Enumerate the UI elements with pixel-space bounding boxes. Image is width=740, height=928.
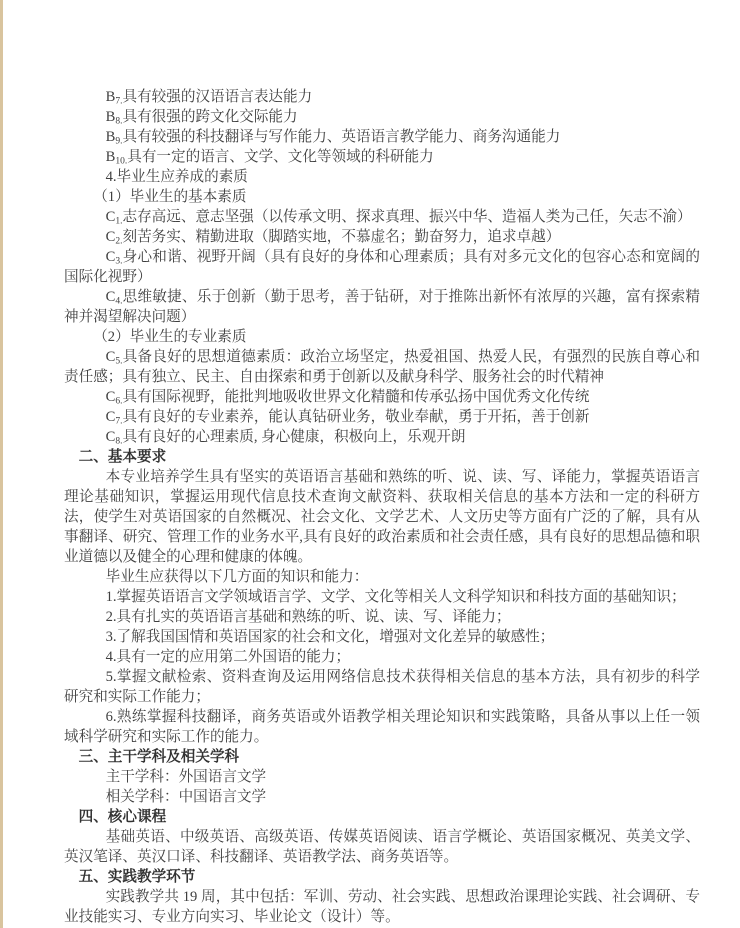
doc-line: 4.具有一定的应用第二外国语的能力； — [64, 647, 700, 667]
doc-line: B9.具有较强的科技翻译与写作能力、英语语言教学能力、商务沟通能力 — [64, 127, 700, 147]
item-label-base: B — [106, 109, 116, 125]
item-label-subscript: 7. — [115, 96, 122, 106]
page-edge-strip — [0, 0, 3, 928]
line-text: C5.具备良好的思想道德素质：政治立场坚定，热爱祖国、热爱人民，有强烈的民族自尊… — [64, 349, 700, 385]
section-heading: 三、主干学科及相关学科 — [64, 747, 700, 767]
item-label-subscript: 2. — [115, 236, 122, 246]
item-label-subscript: 5. — [115, 356, 122, 366]
line-text: C7.具有良好的专业素养，能认真钻研业务，敬业奉献，勇于开拓，善于创新 — [106, 409, 590, 425]
item-label-base: B — [106, 89, 116, 105]
line-text: 二、基本要求 — [79, 449, 167, 465]
doc-line: C7.具有良好的专业素养，能认真钻研业务，敬业奉献，勇于开拓，善于创新 — [64, 407, 700, 427]
item-label-subscript: 10. — [115, 156, 127, 166]
item-label-base: C — [106, 349, 116, 365]
item-label-subscript: 9. — [115, 136, 122, 146]
doc-line: C1.志存高远、意志坚强（以传承文明、探求真理、振兴中华、造福人类为己任，矢志不… — [64, 207, 700, 227]
line-text: C4.思维敏捷、乐于创新（勤于思考，善于钻研，对于推陈出新怀有浓厚的兴趣，富有探… — [64, 289, 700, 325]
line-text: C6.具有国际视野，能批判地吸收世界文化精髓和传承弘扬中国优秀文化传统 — [106, 389, 590, 405]
item-label-base: C — [106, 289, 116, 305]
doc-line: 基础英语、中级英语、高级英语、传媒英语阅读、语言学概论、英语国家概况、英美文学、… — [64, 827, 700, 867]
doc-line: C8.具有良好的心理素质, 身心健康，积极向上，乐观开朗 — [64, 427, 700, 447]
doc-line: B8.具有很强的跨文化交际能力 — [64, 107, 700, 127]
doc-line: C6.具有国际视野，能批判地吸收世界文化精髓和传承弘扬中国优秀文化传统 — [64, 387, 700, 407]
doc-line: 本专业培养学生具有坚实的英语语言基础和熟练的听、说、读、写、译能力，掌握英语语言… — [64, 467, 700, 567]
document-content: B7.具有较强的汉语语言表达能力B8.具有很强的跨文化交际能力B9.具有较强的科… — [64, 87, 700, 927]
doc-line: B7.具有较强的汉语语言表达能力 — [64, 87, 700, 107]
doc-line: 实践教学共 19 周，其中包括：军训、劳动、社会实践、思想政治课理论实践、社会调… — [64, 887, 700, 927]
line-text: 毕业生应获得以下几方面的知识和能力： — [106, 569, 369, 585]
doc-line: 主干学科：外国语言文学 — [64, 767, 700, 787]
section-heading: 四、核心课程 — [64, 807, 700, 827]
doc-line: 5.掌握文献检索、资料查询及运用网络信息技术获得相关信息的基本方法，具有初步的科… — [64, 667, 700, 707]
item-label-base: C — [106, 209, 116, 225]
section-heading: 五、实践教学环节 — [64, 867, 700, 887]
line-text: C3.身心和谐、视野开阔（具有良好的身体和心理素质；具有对多元文化的包容心态和宽… — [64, 249, 700, 285]
line-text: 2.具有扎实的英语语言基础和熟练的听、说、读、写、译能力； — [106, 609, 511, 625]
item-label-base: C — [106, 409, 116, 425]
line-text: 本专业培养学生具有坚实的英语语言基础和熟练的听、说、读、写、译能力，掌握英语语言… — [64, 469, 700, 565]
line-text: B7.具有较强的汉语语言表达能力 — [106, 89, 313, 105]
line-text: 五、实践教学环节 — [79, 869, 196, 885]
line-text: C8.具有良好的心理素质, 身心健康，积极向上，乐观开朗 — [106, 429, 466, 445]
doc-line: 毕业生应获得以下几方面的知识和能力： — [64, 567, 700, 587]
item-label-subscript: 3. — [115, 256, 122, 266]
line-text: 相关学科：中国语言文学 — [106, 789, 267, 805]
item-label-base: C — [106, 229, 116, 245]
line-text: 实践教学共 19 周，其中包括：军训、劳动、社会实践、思想政治课理论实践、社会调… — [64, 889, 700, 925]
line-text: 基础英语、中级英语、高级英语、传媒英语阅读、语言学概论、英语国家概况、英美文学、… — [64, 829, 700, 865]
line-text: 5.掌握文献检索、资料查询及运用网络信息技术获得相关信息的基本方法，具有初步的科… — [64, 669, 700, 705]
doc-line: （1）毕业生的基本素质 — [64, 187, 700, 207]
line-text: C1.志存高远、意志坚强（以传承文明、探求真理、振兴中华、造福人类为己任，矢志不… — [106, 209, 692, 225]
line-text: 主干学科：外国语言文学 — [106, 769, 267, 785]
doc-line: C3.身心和谐、视野开阔（具有良好的身体和心理素质；具有对多元文化的包容心态和宽… — [64, 247, 700, 287]
line-text: B9.具有较强的科技翻译与写作能力、英语语言教学能力、商务沟通能力 — [106, 129, 561, 145]
item-label-base: B — [106, 149, 116, 165]
item-label-base: B — [106, 129, 116, 145]
doc-line: 相关学科：中国语言文学 — [64, 787, 700, 807]
doc-line: （2）毕业生的专业素质 — [64, 327, 700, 347]
item-label-subscript: 8. — [115, 116, 122, 126]
item-label-subscript: 4. — [115, 296, 122, 306]
line-text: 4.具有一定的应用第二外国语的能力； — [106, 649, 350, 665]
line-text: B10.具有一定的语言、文学、文化等领域的科研能力 — [106, 149, 434, 165]
item-label-subscript: 6. — [115, 396, 122, 406]
item-label-subscript: 1. — [115, 216, 122, 226]
line-text: （1）毕业生的基本素质 — [93, 189, 246, 205]
doc-line: 3.了解我国国情和英语国家的社会和文化，增强对文化差异的敏感性； — [64, 627, 700, 647]
item-label-base: C — [106, 249, 116, 265]
doc-line: 1.掌握英语语言文学领域语言学、文学、文化等相关人文科学知识和科技方面的基础知识… — [64, 587, 700, 607]
line-text: 1.掌握英语语言文学领域语言学、文学、文化等相关人文科学知识和科技方面的基础知识… — [106, 589, 686, 605]
item-label-subscript: 8. — [115, 436, 122, 446]
doc-line: 2.具有扎实的英语语言基础和熟练的听、说、读、写、译能力； — [64, 607, 700, 627]
line-text: 6.熟练掌握科技翻译，商务英语或外语教学相关理论知识和实践策略，具备从事以上任一… — [64, 709, 700, 745]
doc-line: 6.熟练掌握科技翻译，商务英语或外语教学相关理论知识和实践策略，具备从事以上任一… — [64, 707, 700, 747]
doc-line: 4.毕业生应养成的素质 — [64, 167, 700, 187]
line-text: 3.了解我国国情和英语国家的社会和文化，增强对文化差异的敏感性； — [106, 629, 555, 645]
line-text: （2）毕业生的专业素质 — [93, 329, 246, 345]
line-text: B8.具有很强的跨文化交际能力 — [106, 109, 298, 125]
doc-line: C4.思维敏捷、乐于创新（勤于思考，善于钻研，对于推陈出新怀有浓厚的兴趣，富有探… — [64, 287, 700, 327]
line-text: 四、核心课程 — [79, 809, 167, 825]
line-text: 三、主干学科及相关学科 — [79, 749, 240, 765]
doc-line: C2.刻苦务实、精勤进取（脚踏实地，不慕虚名；勤奋努力，追求卓越） — [64, 227, 700, 247]
line-text: 4.毕业生应养成的素质 — [106, 169, 248, 185]
item-label-base: C — [106, 389, 116, 405]
item-label-subscript: 7. — [115, 416, 122, 426]
line-text: C2.刻苦务实、精勤进取（脚踏实地，不慕虚名；勤奋努力，追求卓越） — [106, 229, 561, 245]
item-label-base: C — [106, 429, 116, 445]
section-heading: 二、基本要求 — [64, 447, 700, 467]
doc-line: B10.具有一定的语言、文学、文化等领域的科研能力 — [64, 147, 700, 167]
doc-line: C5.具备良好的思想道德素质：政治立场坚定，热爱祖国、热爱人民，有强烈的民族自尊… — [64, 347, 700, 387]
